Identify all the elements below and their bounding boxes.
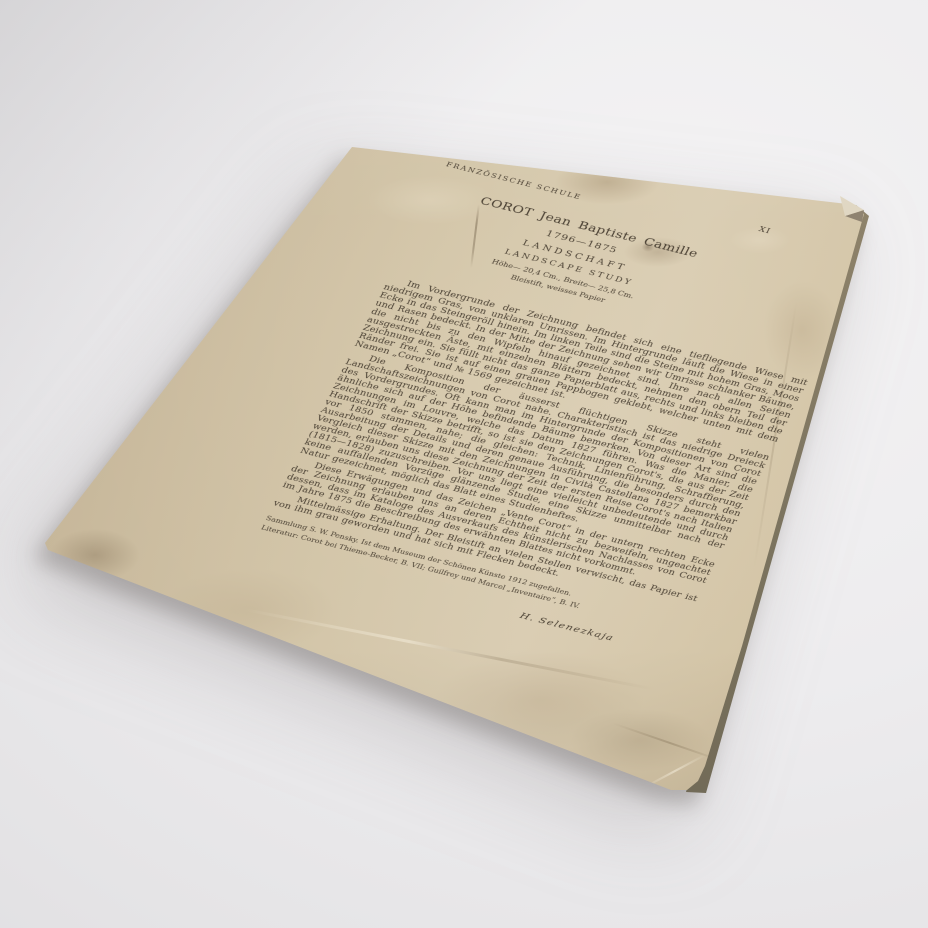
- photo-scene: FRANZÖSISCHE SCHULE XI COROT Jean Baptis…: [0, 0, 928, 928]
